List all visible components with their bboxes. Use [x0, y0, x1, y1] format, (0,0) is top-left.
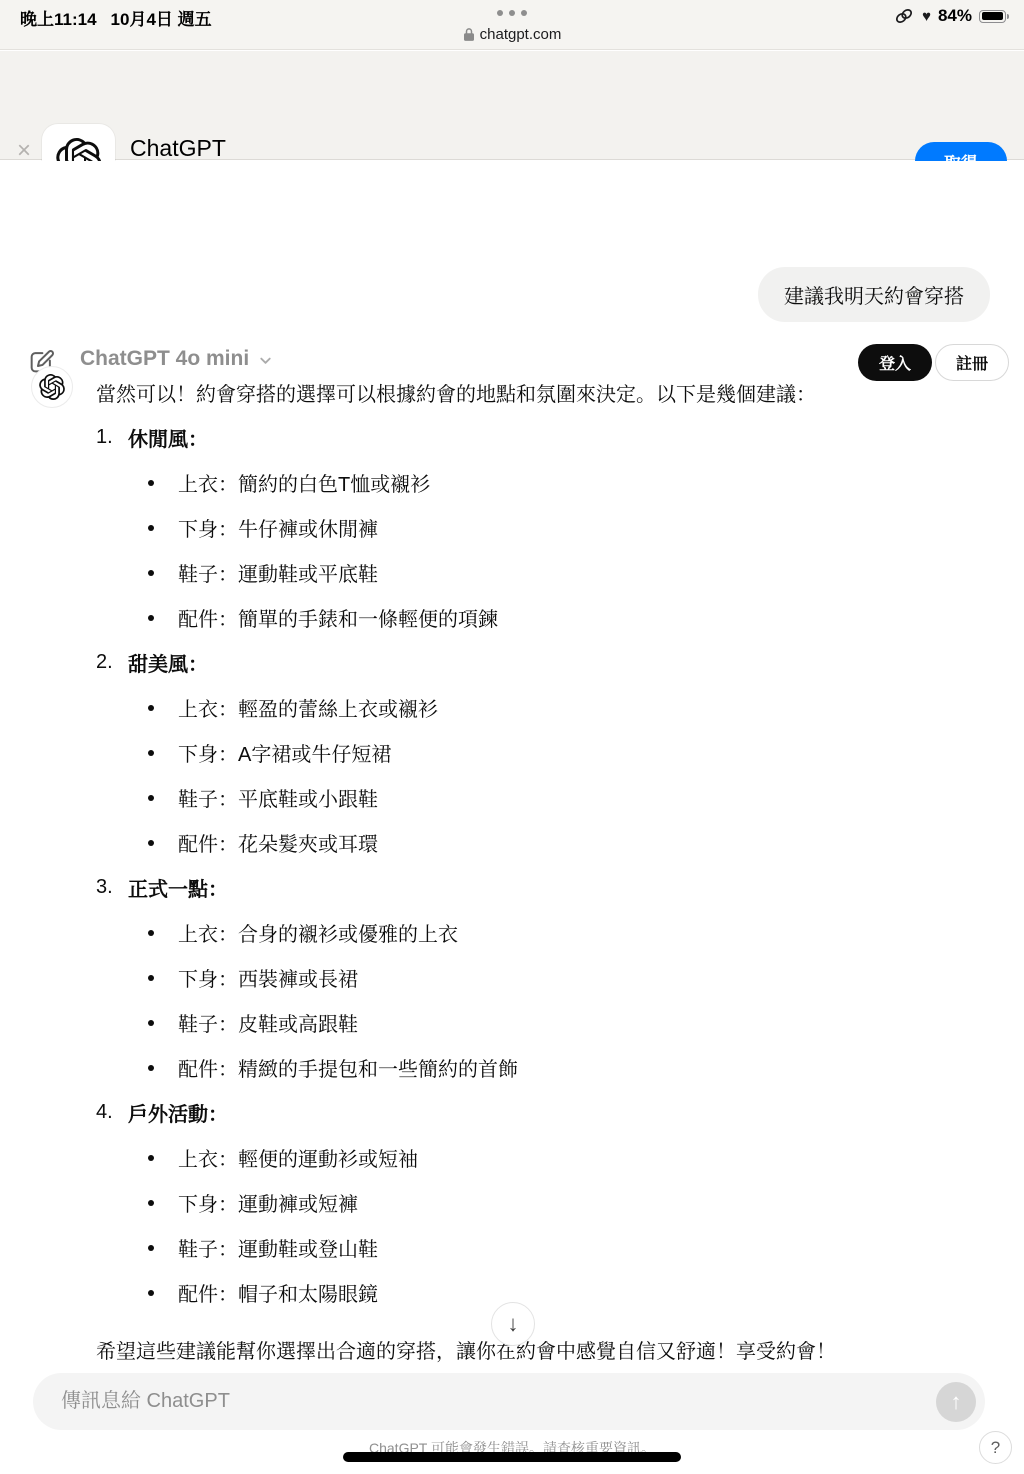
bullet-dot: [148, 1290, 154, 1296]
assistant-message: 當然可以！約會穿搭的選擇可以根據約會的地點和氛圍來決定。以下是幾個建議： 1. …: [96, 370, 926, 1372]
bullet-dot: [148, 1155, 154, 1161]
app-name: ChatGPT: [130, 135, 226, 162]
list-item: 下身：運動褲或短褲: [96, 1180, 926, 1225]
lock-icon: [463, 27, 475, 42]
model-name: ChatGPT 4o mini: [80, 347, 249, 371]
battery-icon: [979, 10, 1006, 23]
home-indicator[interactable]: [343, 1452, 681, 1462]
arrow-up-icon: ↑: [951, 1389, 962, 1415]
openai-logo-icon: [39, 374, 65, 400]
list-item: 鞋子：平底鞋或小跟鞋: [96, 775, 926, 820]
bullet-dot: [148, 615, 154, 621]
status-icons: ♥ 84%: [893, 6, 1006, 26]
bullet-dot: [148, 930, 154, 936]
bullet-dot: [148, 750, 154, 756]
url-text: chatgpt.com: [480, 26, 562, 43]
focus-heart-icon: ♥: [922, 9, 931, 24]
status-bar: 晚上11:14 10月4日 週五 chatgpt.com ♥ 84%: [0, 0, 1024, 50]
address-bar[interactable]: chatgpt.com: [0, 26, 1024, 43]
bullet-dot: [148, 840, 154, 846]
smart-app-banner: × ChatGPT 生產力工具 取得 App 內購買: [0, 51, 1024, 160]
list-item: 鞋子：皮鞋或高跟鞋: [96, 1000, 926, 1045]
bullet-dot: [148, 1020, 154, 1026]
list-item: 鞋子：運動鞋或登山鞋: [96, 1225, 926, 1270]
list-item: 上衣：輕便的運動衫或短袖: [96, 1135, 926, 1180]
chevron-down-icon: [258, 353, 273, 368]
list-item: 下身：A字裙或牛仔短裙: [96, 730, 926, 775]
bullet-dot: [148, 795, 154, 801]
bullet-dot: [148, 975, 154, 981]
section-header: 4. 戶外活動：: [96, 1090, 926, 1135]
user-message-bubble: 建議我明天約會穿搭: [758, 267, 990, 322]
list-item: 上衣：簡約的白色T恤或襯衫: [96, 460, 926, 505]
battery-percent: 84%: [938, 6, 972, 26]
list-item: 配件：簡單的手錶和一條輕便的項鍊: [96, 595, 926, 640]
message-composer: ↑: [33, 1373, 985, 1430]
list-item: 配件：精緻的手提包和一些簡約的首飾: [96, 1045, 926, 1090]
hotspot-link-icon: [893, 7, 915, 25]
list-item: 鞋子：運動鞋或平底鞋: [96, 550, 926, 595]
toolbar-dots-button[interactable]: [0, 10, 1024, 16]
section-header: 2. 甜美風：: [96, 640, 926, 685]
message-input[interactable]: [33, 1390, 936, 1413]
signup-button[interactable]: 註冊: [935, 344, 1009, 381]
scroll-to-bottom-button[interactable]: ↓: [491, 1302, 535, 1346]
list-item: 上衣：合身的襯衫或優雅的上衣: [96, 910, 926, 955]
bullet-dot: [148, 1245, 154, 1251]
list-item: 上衣：輕盈的蕾絲上衣或襯衫: [96, 685, 926, 730]
list-item: 下身：牛仔褲或休閒褲: [96, 505, 926, 550]
list-item: 配件：花朵髮夾或耳環: [96, 820, 926, 865]
safari-screen: 晚上11:14 10月4日 週五 chatgpt.com ♥ 84% ×: [0, 0, 1024, 1474]
bullet-dot: [148, 1200, 154, 1206]
bullet-dot: [148, 1065, 154, 1071]
section-header: 3. 正式一點：: [96, 865, 926, 910]
chat-header: ChatGPT 4o mini 登入 註冊: [0, 161, 1024, 241]
bullet-dot: [148, 705, 154, 711]
question-mark-icon: ?: [991, 1438, 1000, 1458]
bullet-dot: [148, 570, 154, 576]
model-selector[interactable]: ChatGPT 4o mini: [80, 347, 273, 371]
bullet-dot: [148, 525, 154, 531]
send-button[interactable]: ↑: [936, 1382, 976, 1422]
banner-close-icon[interactable]: ×: [12, 139, 36, 163]
bullet-dot: [148, 480, 154, 486]
assistant-intro: 當然可以！約會穿搭的選擇可以根據約會的地點和氛圍來決定。以下是幾個建議：: [96, 370, 926, 415]
arrow-down-icon: ↓: [508, 1311, 519, 1337]
help-button[interactable]: ?: [979, 1431, 1012, 1464]
section-header: 1. 休閒風：: [96, 415, 926, 460]
assistant-avatar: [31, 366, 73, 408]
list-item: 下身：西裝褲或長裙: [96, 955, 926, 1000]
